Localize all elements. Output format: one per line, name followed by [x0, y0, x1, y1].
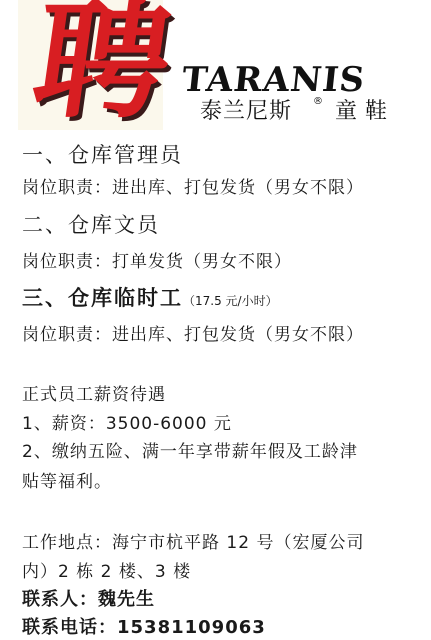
position-duty: 岗位职责：打单发货（男女不限） [22, 250, 292, 274]
brand-chinese-name: 泰兰尼斯 [200, 98, 292, 126]
contact-phone: 联系电话：15381109063 [22, 615, 266, 640]
brand-logo: TARANIS 泰兰尼斯 ® 童鞋 [180, 60, 410, 130]
position-title: 二、仓库文员 [22, 211, 160, 239]
hourly-rate-note: （17.5 元/小时） [183, 294, 278, 308]
benefit-item: 1、薪资：3500-6000 元 [22, 412, 232, 436]
position-title-text: 二、仓库文员 [22, 213, 160, 237]
brand-latin-name: TARANIS [180, 60, 367, 100]
position-title-text: 三、仓库临时工 [22, 286, 183, 310]
position-duty: 岗位职责：进出库、打包发货（男女不限） [22, 323, 364, 347]
hiring-character: 聘 [25, 0, 179, 132]
registered-mark-icon: ® [313, 96, 323, 107]
brand-category: 童鞋 [335, 98, 395, 126]
location-line: 内）2 栋 2 楼、3 楼 [22, 560, 191, 584]
position-duty: 岗位职责：进出库、打包发货（男女不限） [22, 176, 364, 200]
position-title: 一、仓库管理员 [22, 141, 183, 169]
hero-banner: 聘 [18, 0, 163, 130]
benefit-item: 贴等福利。 [22, 470, 112, 494]
benefit-item: 2、缴纳五险、满一年享带薪年假及工龄津 [22, 440, 358, 464]
contact-person: 联系人：魏先生 [22, 587, 155, 613]
position-title: 三、仓库临时工（17.5 元/小时） [22, 284, 278, 315]
position-title-text: 一、仓库管理员 [22, 143, 183, 167]
location-line: 工作地点：海宁市杭平路 12 号（宏厦公司 [22, 531, 364, 555]
benefits-title: 正式员工薪资待遇 [22, 383, 166, 407]
